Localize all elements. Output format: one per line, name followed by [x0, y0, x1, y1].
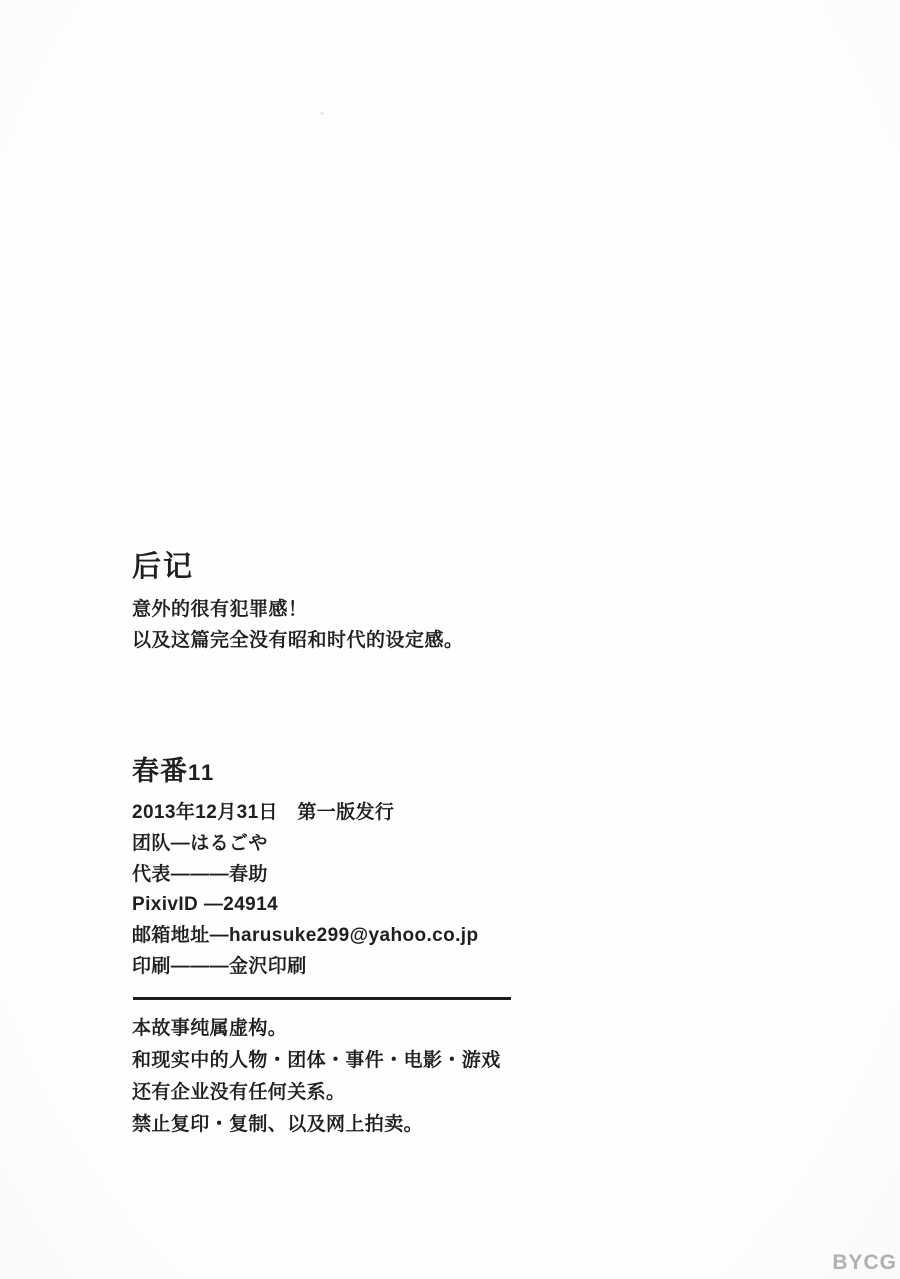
colophon-line-representative: 代表———春助: [132, 860, 478, 891]
scanlation-watermark: BYCG: [832, 1251, 897, 1275]
scan-speck-artifact: [320, 112, 324, 115]
disclaimer-line: 还有企业没有任何关系。: [132, 1077, 501, 1109]
colophon-line-publish-date: 2013年12月31日 第一版发行: [132, 798, 478, 829]
colophon-details: 2013年12月31日 第一版发行 团队—はるごや 代表———春助 PixivI…: [132, 798, 478, 983]
colophon-title-number: 11: [188, 760, 215, 785]
afterword-line: 意外的很有犯罪感！: [132, 594, 464, 625]
colophon-line-printer: 印刷———金沢印刷: [132, 952, 478, 983]
colophon-title-text: 春番: [132, 756, 188, 786]
disclaimer-line: 本故事纯属虚构。: [132, 1013, 501, 1045]
colophon-line-pixiv-id: PixivID —24914: [132, 890, 478, 921]
colophon-line-email: 邮箱地址—harusuke299@yahoo.co.jp: [132, 921, 478, 952]
divider-rule: [133, 997, 511, 1000]
afterword-line: 以及这篇完全没有昭和时代的设定感。: [132, 625, 464, 656]
disclaimer-line: 禁止复印・复制、以及网上拍卖。: [132, 1109, 501, 1141]
colophon-line-circle: 团队—はるごや: [132, 829, 478, 860]
disclaimer-text: 本故事纯属虚构。 和现实中的人物・团体・事件・电影・游戏 还有企业没有任何关系。…: [132, 1013, 501, 1141]
afterword-text: 意外的很有犯罪感！ 以及这篇完全没有昭和时代的设定感。: [132, 594, 464, 656]
disclaimer-line: 和现实中的人物・团体・事件・电影・游戏: [132, 1045, 501, 1077]
afterword-heading: 后记: [132, 551, 194, 584]
colophon-title: 春番11: [132, 756, 215, 787]
scanned-afterword-page: 后记 意外的很有犯罪感！ 以及这篇完全没有昭和时代的设定感。 春番11 2013…: [0, 0, 900, 1279]
